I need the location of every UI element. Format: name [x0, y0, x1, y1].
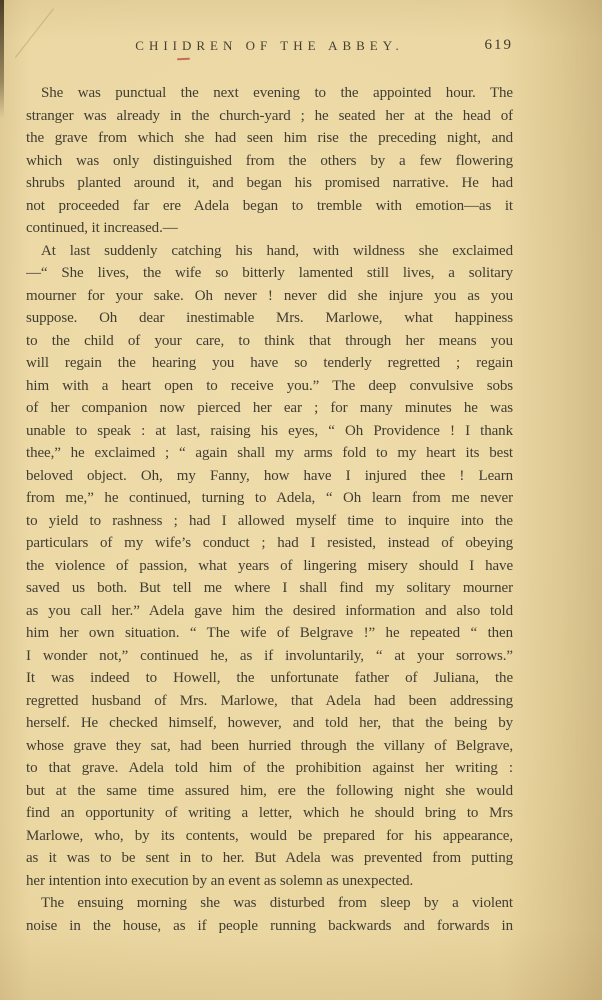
page-header: CHIIDREN OF THE ABBEY. 619 — [26, 37, 513, 57]
text-line: from me,” he continued, turning to Adela… — [26, 487, 513, 510]
text-line: regretted husband of Mrs. Marlowe, that … — [26, 690, 513, 713]
text-line: —“ She lives, the wife so bitterly lamen… — [26, 262, 513, 285]
text-line: find an opportunity of writing a letter,… — [26, 802, 513, 825]
text-line: not proceeded far ere Adela began to tre… — [26, 195, 513, 218]
text-line: I wonder not,” continued he, as if invol… — [26, 645, 513, 668]
text-line: mourner for your sake. Oh never ! never … — [26, 285, 513, 308]
text-line: At last suddenly catching his hand, with… — [26, 240, 513, 263]
text-line: him her own situation. “ The wife of Bel… — [26, 622, 513, 645]
text-line: The ensuing morning she was disturbed fr… — [26, 892, 513, 915]
page-number: 619 — [485, 37, 514, 54]
text-line: will regain the hearing you have so tend… — [26, 352, 513, 375]
text-line: to that grave. Adela told him of the pro… — [26, 757, 513, 780]
text-line: saved us both. But tell me where I shall… — [26, 577, 513, 600]
text-line: herself. He checked himself, however, an… — [26, 712, 513, 735]
text-line: thee,” he exclaimed ; “ again shall my a… — [26, 442, 513, 465]
text-line: Marlowe, who, by its contents, would be … — [26, 825, 513, 848]
text-line: stranger was already in the church-yard … — [26, 105, 513, 128]
text-line: the grave from which she had seen him ri… — [26, 127, 513, 150]
text-line: It was indeed to Howell, the unfortunate… — [26, 667, 513, 690]
text-line: She was punctual the next evening to the… — [26, 82, 513, 105]
red-pencil-mark — [177, 58, 190, 61]
text-line: particulars of my wife’s conduct ; had I… — [26, 532, 513, 555]
text-line: of her companion now pierced her ear ; f… — [26, 397, 513, 420]
text-line: her intention into execution by an event… — [26, 870, 513, 893]
text-line: the violence of passion, what years of l… — [26, 555, 513, 578]
text-line: to the child of your care, to think that… — [26, 330, 513, 353]
text-line: which was only distinguished from the ot… — [26, 150, 513, 173]
text-line: as it was to be sent in to her. But Adel… — [26, 847, 513, 870]
body-text: She was punctual the next evening to the… — [26, 82, 513, 937]
text-line: to yield to rashness ; had I allowed mys… — [26, 510, 513, 533]
text-line: beloved object. Oh, my Fanny, how have I… — [26, 465, 513, 488]
text-line: him with a heart open to receive you.” T… — [26, 375, 513, 398]
text-line: whose grave they sat, had been hurried t… — [26, 735, 513, 758]
scan-edge-artifact — [0, 0, 4, 118]
text-line: suppose. Oh dear inestimable Mrs. Marlow… — [26, 307, 513, 330]
book-page: CHIIDREN OF THE ABBEY. 619 She was punct… — [0, 0, 602, 1000]
text-line: as you call her.” Adela gave him the des… — [26, 600, 513, 623]
text-line: unable to speak : at last, raising his e… — [26, 420, 513, 443]
text-line: but at the same time assured him, ere th… — [26, 780, 513, 803]
text-line: noise in the house, as if people running… — [26, 915, 513, 938]
text-line: continued, it increased.— — [26, 217, 513, 240]
text-line: shrubs planted around it, and began his … — [26, 172, 513, 195]
running-title: CHIIDREN OF THE ABBEY. — [26, 38, 513, 54]
